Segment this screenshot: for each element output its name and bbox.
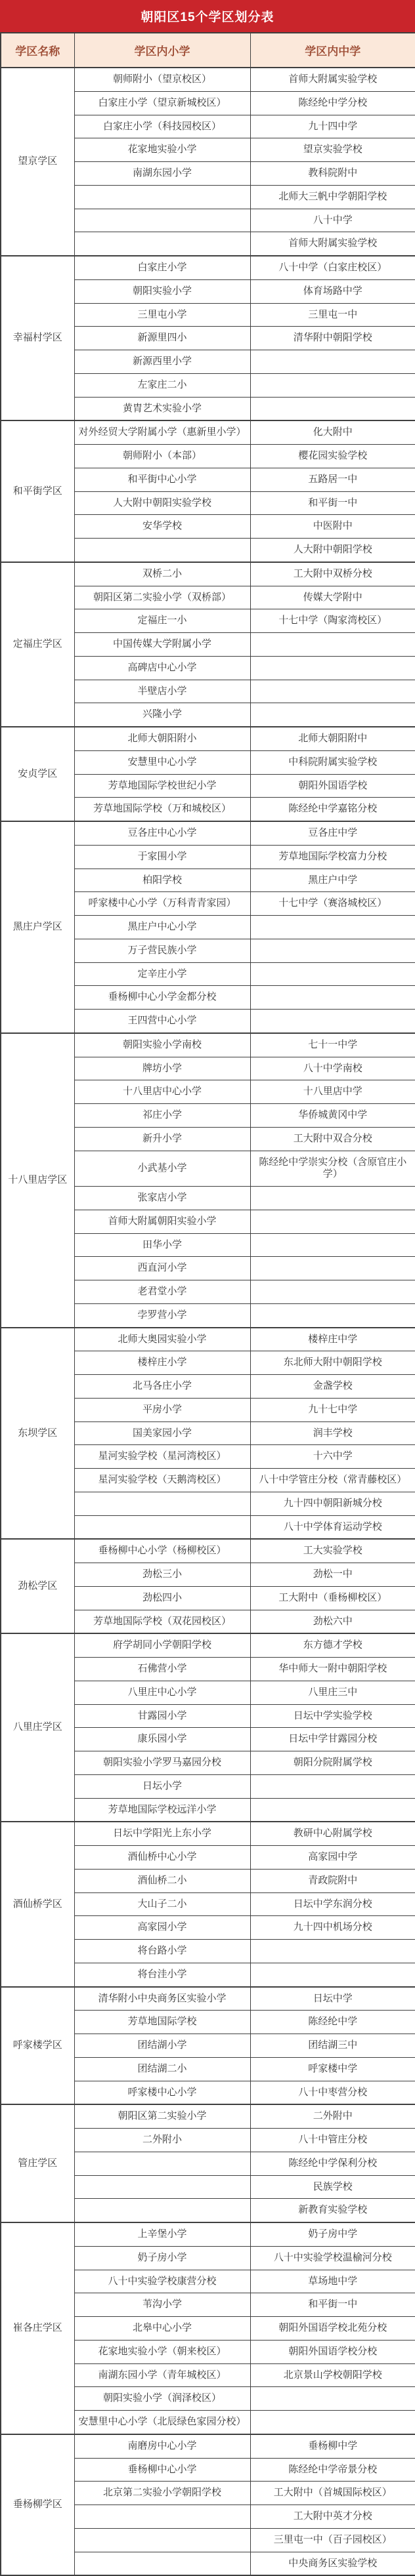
middle-school-cell: 民族学校 <box>250 2175 415 2199</box>
middle-school-cell: 青政院附中 <box>250 1869 415 1892</box>
middle-school-cell: 东方德才学校 <box>250 1633 415 1657</box>
middle-school-cell: 五路居一中 <box>250 468 415 491</box>
primary-school-cell: 三里屯小学 <box>74 303 250 327</box>
primary-school-cell: 十八里店中心小学 <box>74 1080 250 1104</box>
middle-school-cell: 团结湖三中 <box>250 2034 415 2058</box>
primary-school-cell: 甘露园小学 <box>74 1704 250 1728</box>
primary-school-cell: 南磨房中心小学 <box>74 2434 250 2458</box>
middle-school-cell <box>250 633 415 657</box>
table-row: 十八里店学区朝阳实验小学南校七十一中学 <box>1 1033 415 1057</box>
middle-school-cell: 八十中学体育运动学校 <box>250 1515 415 1539</box>
primary-school-cell: 高家园小学 <box>74 1916 250 1940</box>
table-body: 望京学区朝师附小（望京校区）首师大附属实验学校白家庄小学（望京新城校区）陈经纶中… <box>1 68 415 2575</box>
district-name-cell: 劲松学区 <box>1 1539 74 1633</box>
middle-school-cell <box>250 703 415 727</box>
primary-school-cell: 安慧里中心小学 <box>74 750 250 774</box>
primary-school-cell: 南湖东园小学（青年城校区） <box>74 2363 250 2387</box>
middle-school-cell: 八十中枣营分校 <box>250 2081 415 2104</box>
middle-school-cell: 八十中管庄分校 <box>250 2129 415 2152</box>
primary-school-cell: 中国传媒大学附属小学 <box>74 633 250 657</box>
district-name-cell: 东坝学区 <box>1 1328 74 1540</box>
middle-school-cell: 草场地中学 <box>250 2270 415 2293</box>
middle-school-cell: 八十中学（白家庄校区） <box>250 256 415 279</box>
primary-school-cell: 田华小学 <box>74 1233 250 1257</box>
primary-school-cell <box>74 2528 250 2552</box>
column-header-middle-schools: 学区内中学 <box>250 33 415 68</box>
primary-school-cell <box>74 539 250 562</box>
middle-school-cell: 朝阳外国语学校 <box>250 774 415 798</box>
middle-school-cell: 北京景山学校朝阳学校 <box>250 2363 415 2387</box>
middle-school-cell <box>250 1940 415 1963</box>
middle-school-cell <box>250 1963 415 1986</box>
primary-school-cell: 芳草地国际学校远洋小学 <box>74 1798 250 1822</box>
middle-school-cell: 人大附中朝阳学校 <box>250 539 415 562</box>
middle-school-cell <box>250 1210 415 1233</box>
primary-school-cell: 张家店小学 <box>74 1187 250 1210</box>
middle-school-cell: 黑庄户中学 <box>250 869 415 892</box>
middle-school-cell <box>250 1798 415 1822</box>
middle-school-cell: 奶子房中学 <box>250 2222 415 2246</box>
primary-school-cell: 白家庄小学（科技园校区） <box>74 115 250 138</box>
middle-school-cell: 十七中学（赛洛城校区） <box>250 892 415 916</box>
middle-school-cell: 陈经纶中学帝景分校 <box>250 2458 415 2482</box>
primary-school-cell: 朝阳实验小学罗马嘉园分校 <box>74 1751 250 1775</box>
primary-school-cell: 朝阳实验小学南校 <box>74 1033 250 1057</box>
table-row: 垂杨柳学区南磨房中心小学垂杨柳中学 <box>1 2434 415 2458</box>
middle-school-cell: 九十四中朝阳新城分校 <box>250 1492 415 1515</box>
primary-school-cell: 清华附小中央商务区实验小学 <box>74 1987 250 2011</box>
middle-school-cell: 十六中学 <box>250 1445 415 1469</box>
table-row: 黑庄户学区豆各庄中心小学豆各庄中学 <box>1 821 415 845</box>
primary-school-cell: 花家地实验小学 <box>74 138 250 162</box>
middle-school-cell: 工大附中双桥分校 <box>250 562 415 586</box>
primary-school-cell: 将台路小学 <box>74 1940 250 1963</box>
middle-school-cell <box>250 1774 415 1798</box>
primary-school-cell: 芳草地国际学校（双花园校区） <box>74 1610 250 1633</box>
primary-school-cell: 朝阳实验小学 <box>74 279 250 303</box>
table-row: 劲松学区垂杨柳中心小学（杨柳校区）工大实验学校 <box>1 1539 415 1563</box>
middle-school-cell: 华侨城黄冈中学 <box>250 1104 415 1128</box>
middle-school-cell <box>250 2387 415 2411</box>
middle-school-cell: 陈经纶中学 <box>250 2011 415 2034</box>
middle-school-cell: 中科院附属实验学校 <box>250 750 415 774</box>
primary-school-cell: 王四营中心小学 <box>74 1010 250 1033</box>
middle-school-cell: 首师大附属实验学校 <box>250 232 415 256</box>
primary-school-cell: 北京第二实验小学朝阳学校 <box>74 2482 250 2505</box>
primary-school-cell: 日坛小学 <box>74 1774 250 1798</box>
table-row: 幸福村学区白家庄小学八十中学（白家庄校区） <box>1 256 415 279</box>
middle-school-cell: 三里屯一中 <box>250 303 415 327</box>
middle-school-cell: 工大附中（首城国际校区） <box>250 2482 415 2505</box>
middle-school-cell: 八里庄三中 <box>250 1681 415 1704</box>
middle-school-cell: 九十四中机场分校 <box>250 1916 415 1940</box>
primary-school-cell: 新源西里小学 <box>74 350 250 374</box>
table-row: 管庄学区朝阳区第二实验小学二外附中 <box>1 2104 415 2128</box>
middle-school-cell: 七十一中学 <box>250 1033 415 1057</box>
primary-school-cell: 北师大奥园实验小学 <box>74 1328 250 1351</box>
primary-school-cell <box>74 2175 250 2199</box>
middle-school-cell: 中医附中 <box>250 515 415 539</box>
primary-school-cell <box>74 2552 250 2575</box>
table-row: 呼家楼学区清华附小中央商务区实验小学日坛中学 <box>1 1987 415 2011</box>
middle-school-cell <box>250 1257 415 1280</box>
primary-school-cell: 星河实验学校（天鹅湾校区） <box>74 1469 250 1492</box>
primary-school-cell: 府学胡同小学朝阳学校 <box>74 1633 250 1657</box>
district-name-cell: 酒仙桥学区 <box>1 1822 74 1986</box>
district-name-cell: 黑庄户学区 <box>1 821 74 1033</box>
primary-school-cell <box>74 2199 250 2222</box>
table-header: 学区名称 学区内小学 学区内中学 <box>1 33 415 68</box>
middle-school-cell: 豆各庄中学 <box>250 821 415 845</box>
table-row: 望京学区朝师附小（望京校区）首师大附属实验学校 <box>1 68 415 91</box>
district-name-cell: 望京学区 <box>1 68 74 256</box>
table-row: 八里庄学区府学胡同小学朝阳学校东方德才学校 <box>1 1633 415 1657</box>
middle-school-cell: 八十中学管庄分校（常青藤校区） <box>250 1469 415 1492</box>
primary-school-cell: 呼家楼中心小学（万科青青家园） <box>74 892 250 916</box>
middle-school-cell: 华中师大一附中朝阳学校 <box>250 1658 415 1681</box>
primary-school-cell <box>74 185 250 209</box>
middle-school-cell <box>250 1010 415 1033</box>
middle-school-cell: 樱花园实验学校 <box>250 445 415 468</box>
middle-school-cell: 润丰学校 <box>250 1421 415 1445</box>
middle-school-cell <box>250 939 415 962</box>
primary-school-cell: 于家围小学 <box>74 845 250 869</box>
primary-school-cell: 八里庄中心小学 <box>74 1681 250 1704</box>
primary-school-cell: 国美家园小学 <box>74 1421 250 1445</box>
middle-school-cell: 中央商务区实验学校 <box>250 2552 415 2575</box>
primary-school-cell: 朝阳区第二实验小学（双桥部） <box>74 586 250 609</box>
primary-school-cell: 安慧里中心小学（北辰绿色家园分校） <box>74 2411 250 2434</box>
middle-school-cell: 工大附中（垂杨柳校区） <box>250 1586 415 1610</box>
middle-school-cell: 呼家楼中学 <box>250 2057 415 2081</box>
primary-school-cell: 祁庄小学 <box>74 1104 250 1128</box>
middle-school-cell <box>250 680 415 703</box>
middle-school-cell <box>250 916 415 939</box>
middle-school-cell: 新教育实验学校 <box>250 2199 415 2222</box>
primary-school-cell: 北师大朝阳附小 <box>74 727 250 750</box>
district-name-cell: 呼家楼学区 <box>1 1987 74 2105</box>
district-name-cell: 崔各庄学区 <box>1 2222 74 2434</box>
middle-school-cell: 九十七中学 <box>250 1398 415 1421</box>
primary-school-cell: 豆各庄中心小学 <box>74 821 250 845</box>
middle-school-cell: 朝阳外国语学校北苑分校 <box>250 2317 415 2341</box>
primary-school-cell: 朝阳区第二实验小学 <box>74 2104 250 2128</box>
primary-school-cell: 北马各庄小学 <box>74 1375 250 1399</box>
primary-school-cell: 兴隆小学 <box>74 703 250 727</box>
primary-school-cell: 芳草地国际学校 <box>74 2011 250 2034</box>
primary-school-cell: 双桥二小 <box>74 562 250 586</box>
primary-school-cell: 花家地实验小学（朝来校区） <box>74 2340 250 2363</box>
middle-school-cell <box>250 1187 415 1210</box>
primary-school-cell: 康乐园小学 <box>74 1728 250 1751</box>
primary-school-cell: 黑庄户中心小学 <box>74 916 250 939</box>
middle-school-cell <box>250 986 415 1010</box>
table-row: 酒仙桥学区日坛中学阳光上东小学教研中心附属学校 <box>1 1822 415 1845</box>
primary-school-cell: 二外附小 <box>74 2129 250 2152</box>
district-table-page: 朝阳区15个学区划分表 学区名称 学区内小学 学区内中学 望京学区朝师附小（望京… <box>0 0 415 2576</box>
middle-school-cell: 八十中学南校 <box>250 1057 415 1080</box>
middle-school-cell: 高家园中学 <box>250 1846 415 1870</box>
primary-school-cell: 朝阳实验小学（润泽校区） <box>74 2387 250 2411</box>
middle-school-cell: 工大附中双合分校 <box>250 1127 415 1151</box>
table-row: 东坝学区北师大奥园实验小学楼梓庄中学 <box>1 1328 415 1351</box>
primary-school-cell: 芳草地国际学校世纪小学 <box>74 774 250 798</box>
middle-school-cell: 十七中学（陶家湾校区） <box>250 609 415 633</box>
primary-school-cell: 酒仙桥中心小学 <box>74 1846 250 1870</box>
district-name-cell: 幸福村学区 <box>1 256 74 420</box>
middle-school-cell: 日坛中学甘露园分校 <box>250 1728 415 1751</box>
middle-school-cell: 望京实验学校 <box>250 138 415 162</box>
primary-school-cell: 牌坊小学 <box>74 1057 250 1080</box>
middle-school-cell: 和平街一中 <box>250 491 415 515</box>
middle-school-cell: 陈经纶中学保利分校 <box>250 2152 415 2175</box>
primary-school-cell: 定辛庄小学 <box>74 962 250 986</box>
primary-school-cell: 芳草地国际学校（万和城校区） <box>74 798 250 821</box>
middle-school-cell: 朝阳分院附属学校 <box>250 1751 415 1775</box>
primary-school-cell: 石佛营小学 <box>74 1658 250 1681</box>
primary-school-cell <box>74 2152 250 2175</box>
primary-school-cell: 朝师附小（望京校区） <box>74 68 250 91</box>
primary-school-cell: 苇沟小学 <box>74 2293 250 2317</box>
primary-school-cell: 人大附中朝阳实验学校 <box>74 491 250 515</box>
district-name-cell: 八里庄学区 <box>1 1633 74 1822</box>
column-header-primary-schools: 学区内小学 <box>74 33 250 68</box>
middle-school-cell: 日坛中学 <box>250 1987 415 2011</box>
primary-school-cell <box>74 232 250 256</box>
middle-school-cell: 九十四中学 <box>250 115 415 138</box>
primary-school-cell: 半壁店小学 <box>74 680 250 703</box>
primary-school-cell: 楼梓庄小学 <box>74 1351 250 1375</box>
middle-school-cell: 陈经纶中学嘉铭分校 <box>250 798 415 821</box>
middle-school-cell: 北师大朝阳附中 <box>250 727 415 750</box>
primary-school-cell: 呼家楼中心小学 <box>74 2081 250 2104</box>
middle-school-cell: 工大实验学校 <box>250 1539 415 1563</box>
middle-school-cell: 东北师大附中朝阳学校 <box>250 1351 415 1375</box>
primary-school-cell: 劲松三小 <box>74 1563 250 1587</box>
primary-school-cell <box>74 1515 250 1539</box>
primary-school-cell: 新源里四小 <box>74 327 250 350</box>
primary-school-cell: 新升小学 <box>74 1127 250 1151</box>
middle-school-cell: 陈经纶中学分校 <box>250 91 415 115</box>
primary-school-cell: 奶子房小学 <box>74 2246 250 2270</box>
primary-school-cell: 上辛堡小学 <box>74 2222 250 2246</box>
page-title: 朝阳区15个学区划分表 <box>0 0 415 32</box>
primary-school-cell: 垂杨柳中心小学（杨柳校区） <box>74 1539 250 1563</box>
primary-school-cell: 和平街中心小学 <box>74 468 250 491</box>
middle-school-cell: 体育场路中学 <box>250 279 415 303</box>
middle-school-cell <box>250 350 415 374</box>
primary-school-cell: 首师大附属朝阳实验小学 <box>74 1210 250 1233</box>
middle-school-cell: 和平街一中 <box>250 2293 415 2317</box>
middle-school-cell: 日坛中学东润分校 <box>250 1892 415 1916</box>
primary-school-cell: 平房小学 <box>74 1398 250 1421</box>
middle-school-cell: 教研中心附属学校 <box>250 1822 415 1845</box>
middle-school-cell <box>250 373 415 397</box>
primary-school-cell: 左家庄二小 <box>74 373 250 397</box>
primary-school-cell: 朝师附小（本部） <box>74 445 250 468</box>
district-name-cell: 垂杨柳学区 <box>1 2434 74 2576</box>
middle-school-cell: 金盏学校 <box>250 1375 415 1399</box>
primary-school-cell: 高碑店中心小学 <box>74 656 250 680</box>
district-name-cell: 安贞学区 <box>1 727 74 821</box>
primary-school-cell: 团结湖二小 <box>74 2057 250 2081</box>
district-name-cell: 十八里店学区 <box>1 1033 74 1328</box>
district-name-cell: 定福庄学区 <box>1 562 74 727</box>
column-header-district-name: 学区名称 <box>1 33 74 68</box>
middle-school-cell: 首师大附属实验学校 <box>250 68 415 91</box>
middle-school-cell: 陈经纶中学崇实分校（含原官庄小学） <box>250 1151 415 1187</box>
middle-school-cell: 日坛中学实验学校 <box>250 1704 415 1728</box>
middle-school-cell: 工大附中英才分校 <box>250 2505 415 2529</box>
primary-school-cell: 劲松四小 <box>74 1586 250 1610</box>
primary-school-cell <box>74 2505 250 2529</box>
district-name-cell: 管庄学区 <box>1 2104 74 2222</box>
middle-school-cell <box>250 1233 415 1257</box>
middle-school-cell: 化大附中 <box>250 420 415 444</box>
school-district-table: 学区名称 学区内小学 学区内中学 望京学区朝师附小（望京校区）首师大附属实验学校… <box>0 32 415 2576</box>
middle-school-cell: 楼梓庄中学 <box>250 1328 415 1351</box>
primary-school-cell: 老君堂小学 <box>74 1280 250 1304</box>
primary-school-cell: 白家庄小学（望京新城校区） <box>74 91 250 115</box>
middle-school-cell: 三里屯一中（百子园校区） <box>250 2528 415 2552</box>
middle-school-cell: 二外附中 <box>250 2104 415 2128</box>
district-name-cell: 和平街学区 <box>1 420 74 562</box>
primary-school-cell: 西直河小学 <box>74 1257 250 1280</box>
primary-school-cell: 日坛中学阳光上东小学 <box>74 1822 250 1845</box>
primary-school-cell: 万子营民族小学 <box>74 939 250 962</box>
primary-school-cell <box>74 209 250 232</box>
table-row: 安贞学区北师大朝阳附小北师大朝阳附中 <box>1 727 415 750</box>
primary-school-cell: 大山子二小 <box>74 1892 250 1916</box>
middle-school-cell: 劲松六中 <box>250 1610 415 1633</box>
primary-school-cell: 小武基小学 <box>74 1151 250 1187</box>
middle-school-cell: 垂杨柳中学 <box>250 2434 415 2458</box>
middle-school-cell <box>250 2411 415 2434</box>
primary-school-cell: 垂杨柳中心小学 <box>74 2458 250 2482</box>
primary-school-cell: 对外经贸大学附属小学（惠新里小学） <box>74 420 250 444</box>
primary-school-cell <box>74 1492 250 1515</box>
primary-school-cell: 柏阳学校 <box>74 869 250 892</box>
middle-school-cell: 教科院附中 <box>250 162 415 186</box>
primary-school-cell: 团结湖小学 <box>74 2034 250 2058</box>
primary-school-cell: 白家庄小学 <box>74 256 250 279</box>
primary-school-cell: 定福庄一小 <box>74 609 250 633</box>
middle-school-cell: 北师大三帆中学朝阳学校 <box>250 185 415 209</box>
table-row: 和平街学区对外经贸大学附属小学（惠新里小学）化大附中 <box>1 420 415 444</box>
middle-school-cell <box>250 1303 415 1327</box>
middle-school-cell: 传媒大学附中 <box>250 586 415 609</box>
primary-school-cell: 星河实验学校（星河湾校区） <box>74 1445 250 1469</box>
middle-school-cell <box>250 962 415 986</box>
primary-school-cell: 安华学校 <box>74 515 250 539</box>
primary-school-cell: 黄胄艺术实验小学 <box>74 397 250 420</box>
middle-school-cell: 朝阳外国语学校分校 <box>250 2340 415 2363</box>
middle-school-cell <box>250 397 415 420</box>
table-row: 崔各庄学区上辛堡小学奶子房中学 <box>1 2222 415 2246</box>
primary-school-cell: 垂杨柳中心小学金都分校 <box>74 986 250 1010</box>
middle-school-cell: 十八里店中学 <box>250 1080 415 1104</box>
primary-school-cell: 北皋中心小学 <box>74 2317 250 2341</box>
middle-school-cell: 清华附中朝阳学校 <box>250 327 415 350</box>
middle-school-cell <box>250 656 415 680</box>
middle-school-cell: 劲松一中 <box>250 1563 415 1587</box>
primary-school-cell: 孛罗营小学 <box>74 1303 250 1327</box>
middle-school-cell: 八十中实验学校温榆河分校 <box>250 2246 415 2270</box>
middle-school-cell <box>250 1280 415 1304</box>
primary-school-cell: 八十中实验学校康营分校 <box>74 2270 250 2293</box>
middle-school-cell: 八十中学 <box>250 209 415 232</box>
primary-school-cell: 酒仙桥二小 <box>74 1869 250 1892</box>
table-row: 定福庄学区双桥二小工大附中双桥分校 <box>1 562 415 586</box>
middle-school-cell: 芳草地国际学校富力分校 <box>250 845 415 869</box>
primary-school-cell: 将台洼小学 <box>74 1963 250 1986</box>
primary-school-cell: 南湖东园小学 <box>74 162 250 186</box>
